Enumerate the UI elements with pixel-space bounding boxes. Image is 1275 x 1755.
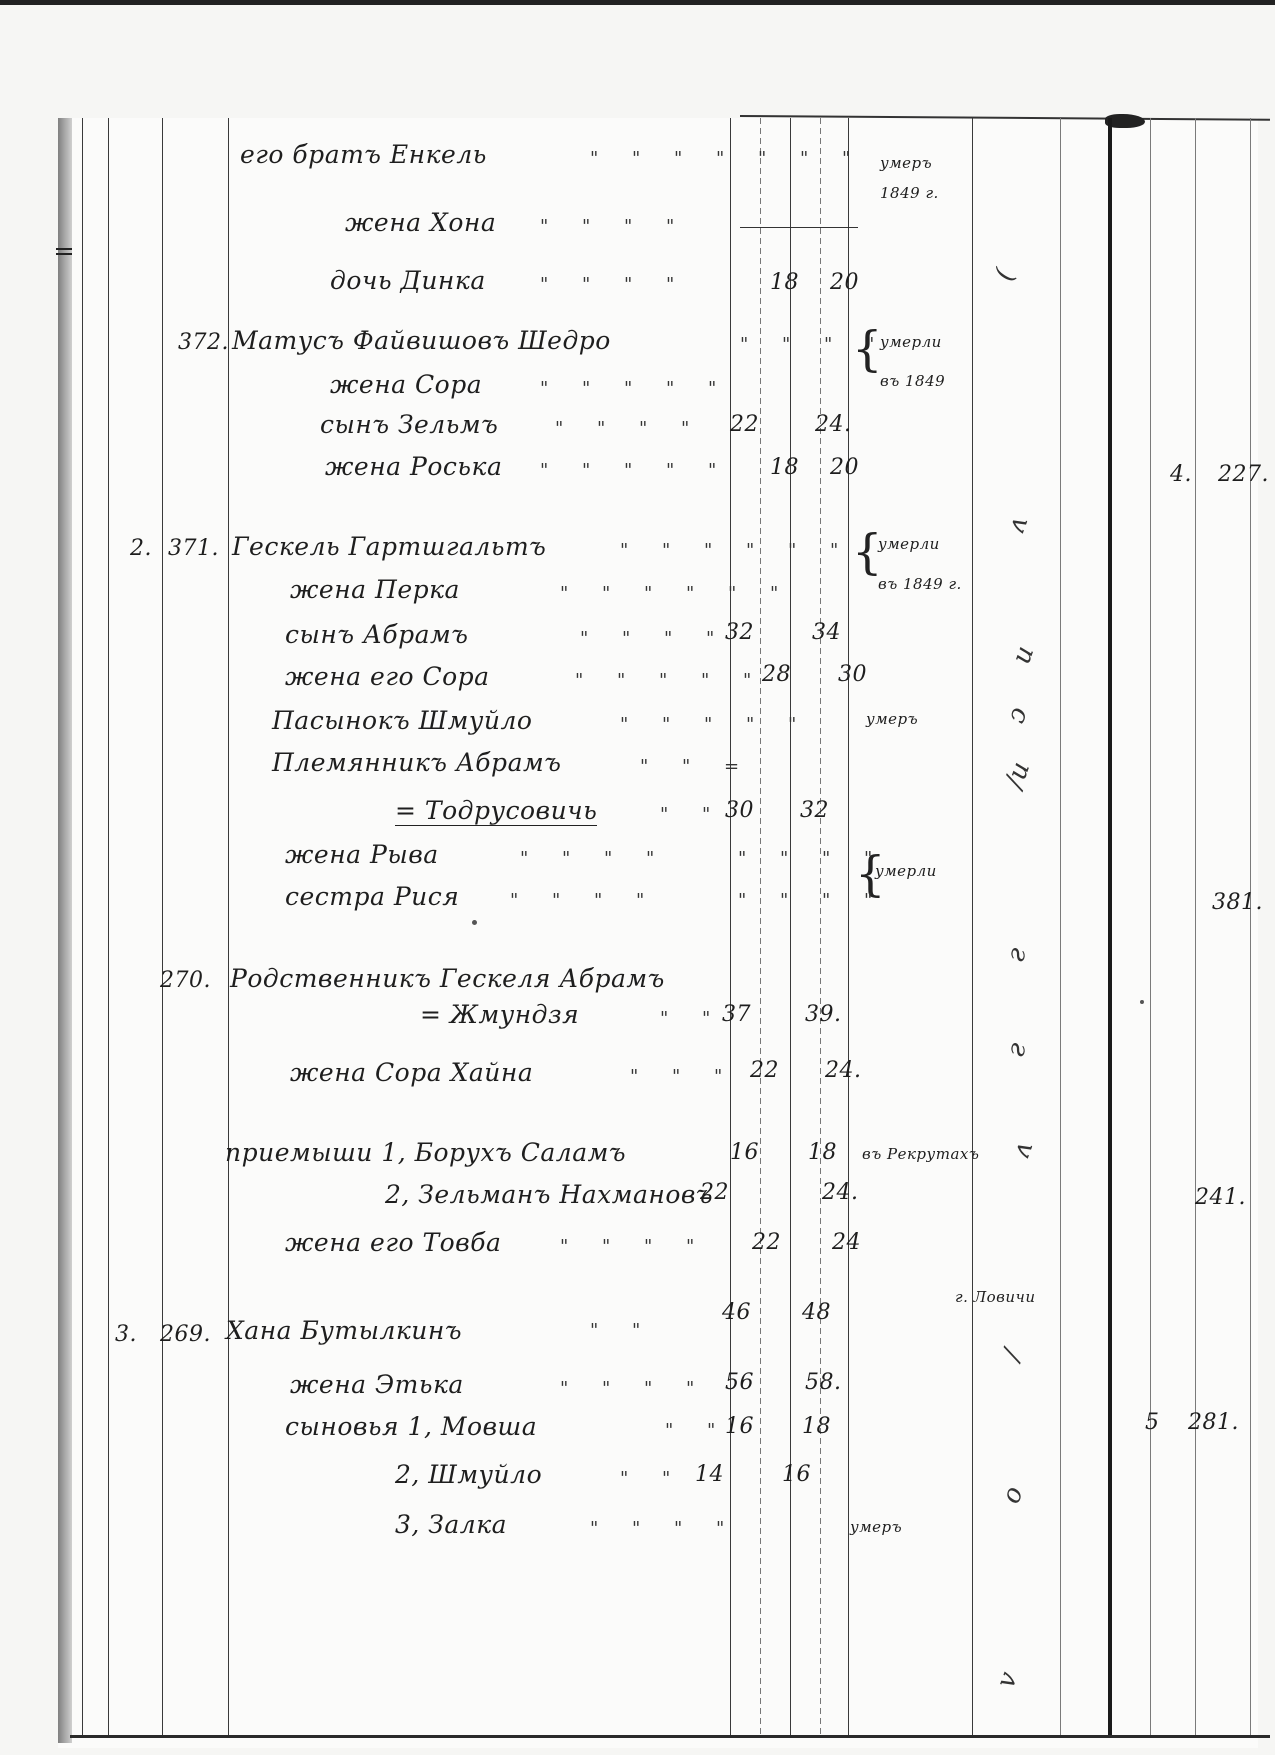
entry-name: Племянникъ Абрамъ bbox=[272, 748, 561, 777]
age-now: 18 bbox=[802, 1414, 831, 1439]
right-total: 281. bbox=[1188, 1410, 1239, 1435]
entry-name: жена Сора bbox=[330, 370, 482, 399]
right-count: 5 bbox=[1145, 1410, 1160, 1435]
entry-name: 2, Шмуйло bbox=[395, 1460, 542, 1489]
entry-name: жена Хона bbox=[345, 208, 496, 237]
entry-name: сестра Рися bbox=[285, 882, 459, 911]
ditto-marks: " " bbox=[665, 1420, 729, 1441]
right-total: 227. bbox=[1218, 462, 1269, 487]
column-rule bbox=[790, 118, 791, 1738]
age-prev: 22 bbox=[730, 412, 759, 437]
entry-note: умеръ bbox=[866, 710, 918, 728]
page-fold bbox=[1108, 118, 1112, 1738]
entry-name: жена Перка bbox=[290, 575, 460, 604]
age-now: 20 bbox=[830, 270, 859, 295]
age-now: 30 bbox=[838, 662, 867, 687]
age-prev: 28 bbox=[762, 662, 791, 687]
ledger-page bbox=[58, 118, 1258, 1748]
ditto-marks: " " bbox=[620, 1468, 684, 1489]
ditto-marks: " " " " " bbox=[575, 670, 765, 691]
house-number: 371. bbox=[168, 536, 219, 561]
column-rule bbox=[228, 118, 229, 1738]
ditto-marks: " " " " bbox=[590, 1518, 738, 1539]
entry-name: Пасынокъ Шмуйло bbox=[272, 706, 532, 735]
column-rule bbox=[1060, 118, 1061, 1738]
age-now: 24 bbox=[832, 1230, 861, 1255]
age-now: 39. bbox=[805, 1002, 842, 1027]
ditto-marks: " " " " bbox=[510, 890, 658, 911]
ditto-marks: " " " " " " bbox=[560, 583, 792, 604]
ink-speck bbox=[1140, 1000, 1144, 1004]
ditto-marks: " " " " " bbox=[540, 460, 730, 481]
right-total: 381. bbox=[1212, 890, 1263, 915]
ditto-marks: " " " " bbox=[540, 274, 688, 295]
ditto-marks: " " " " " " bbox=[620, 540, 852, 561]
entry-name: 2, Зельманъ Нахмановъ bbox=[385, 1180, 713, 1209]
entry-note: умеръ 1849 г. bbox=[880, 148, 970, 208]
entry-name: жена его Товба bbox=[285, 1228, 501, 1257]
house-number: 269. bbox=[160, 1322, 211, 1347]
ditto-marks: " " " " bbox=[560, 1236, 708, 1257]
entry-name: жена Этька bbox=[290, 1370, 464, 1399]
ditto-marks: " " bbox=[660, 804, 724, 825]
age-now: 34 bbox=[812, 620, 841, 645]
age-prev: 22 bbox=[750, 1058, 779, 1083]
entry-name: сынъ Абрамъ bbox=[285, 620, 468, 649]
age-now: 18 bbox=[808, 1140, 837, 1165]
entry-name: 3, Залка bbox=[395, 1510, 507, 1539]
entry-note: въ 1849 г. bbox=[878, 575, 962, 593]
age-prev: 18 bbox=[770, 455, 799, 480]
column-rule-dashed bbox=[820, 118, 821, 1738]
entry-name: Матусъ Файвишовъ Шедро bbox=[232, 326, 611, 355]
ditto-marks: " " " " bbox=[520, 848, 668, 869]
age-prev: 16 bbox=[725, 1414, 754, 1439]
column-rule bbox=[848, 118, 849, 1738]
entry-note: умерли bbox=[875, 862, 937, 880]
ditto-marks: " " " " " bbox=[540, 378, 730, 399]
grouping-brace: { bbox=[852, 325, 883, 373]
column-rule bbox=[1150, 118, 1151, 1738]
ditto-marks: " " bbox=[590, 1320, 654, 1341]
column-rule bbox=[162, 118, 163, 1738]
ink-speck bbox=[472, 920, 477, 925]
age-now: 20 bbox=[830, 455, 859, 480]
entry-name: жена его Сора bbox=[285, 662, 490, 691]
age-now: 16 bbox=[782, 1462, 811, 1487]
ditto-marks: " " " " bbox=[540, 216, 688, 237]
column-rule bbox=[82, 118, 83, 1738]
house-number: 270. bbox=[160, 968, 211, 993]
column-rule bbox=[108, 118, 109, 1738]
entry-name: его братъ Енкель bbox=[240, 140, 487, 169]
entry-note: въ Рекрутахъ bbox=[862, 1145, 979, 1163]
age-prev: 22 bbox=[700, 1180, 729, 1205]
binding-mark bbox=[56, 248, 72, 250]
family-number: 3. bbox=[115, 1322, 137, 1347]
entry-name: сынъ Зельмъ bbox=[320, 410, 498, 439]
entry-name: сыновья 1, Мовша bbox=[285, 1412, 537, 1441]
entry-name: дочь Динка bbox=[330, 266, 486, 295]
family-number: 2. bbox=[130, 536, 152, 561]
entry-note: г. Ловичи bbox=[955, 1288, 1036, 1306]
entry-name: = Тодрусовичь bbox=[395, 796, 597, 825]
entry-note: умеръ bbox=[850, 1518, 902, 1536]
page-binding-edge bbox=[58, 118, 72, 1743]
entry-note: умерли bbox=[880, 333, 942, 351]
age-subtotal-rule bbox=[740, 227, 858, 228]
entry-name: жена Рыва bbox=[285, 840, 439, 869]
age-prev: 16 bbox=[730, 1140, 759, 1165]
right-total: 241. bbox=[1195, 1185, 1246, 1210]
age-prev: 46 bbox=[722, 1300, 751, 1325]
ditto-marks: " " = bbox=[640, 756, 753, 777]
age-now: 32 bbox=[800, 798, 829, 823]
entry-name: жена Сора Хайна bbox=[290, 1058, 533, 1087]
column-rule bbox=[1250, 118, 1251, 1738]
age-prev: 56 bbox=[725, 1370, 754, 1395]
page-bottom-edge bbox=[70, 1735, 1270, 1738]
right-count: 4. bbox=[1170, 462, 1192, 487]
ditto-marks: " " " " " " " bbox=[590, 148, 864, 169]
entry-name: Родственникъ Гескеля Абрамъ bbox=[230, 964, 665, 993]
entry-note: умерли bbox=[878, 535, 940, 553]
age-prev: 32 bbox=[725, 620, 754, 645]
ditto-marks: " " " bbox=[630, 1066, 736, 1087]
age-prev: 22 bbox=[752, 1230, 781, 1255]
house-number: 372. bbox=[178, 330, 229, 355]
ditto-marks: " " " " bbox=[555, 418, 703, 439]
ditto-marks: " " " " " bbox=[620, 714, 810, 735]
age-now: 24. bbox=[822, 1180, 859, 1205]
ditto-marks: " " " " bbox=[580, 628, 728, 649]
ditto-marks: " " bbox=[660, 1008, 724, 1029]
column-rule bbox=[1195, 118, 1196, 1738]
age-prev: 14 bbox=[695, 1462, 724, 1487]
entry-name: Хана Бутылкинъ bbox=[226, 1316, 462, 1345]
ditto-marks: " " " " bbox=[560, 1378, 708, 1399]
column-rule bbox=[972, 118, 973, 1738]
age-prev: 18 bbox=[770, 270, 799, 295]
age-prev: 37 bbox=[722, 1002, 751, 1027]
scan-top-border bbox=[0, 0, 1275, 5]
age-now: 48 bbox=[802, 1300, 831, 1325]
entry-name: жена Роська bbox=[325, 452, 502, 481]
entry-note: въ 1849 bbox=[880, 372, 945, 390]
age-now: 58. bbox=[805, 1370, 842, 1395]
column-rule-dashed bbox=[760, 118, 761, 1738]
ditto-marks: " " " " bbox=[738, 890, 886, 911]
age-now: 24. bbox=[815, 412, 852, 437]
entry-name: приемыши 1, Борухъ Саламъ bbox=[225, 1138, 626, 1167]
age-now: 24. bbox=[825, 1058, 862, 1083]
entry-name: Гескель Гартшгальтъ bbox=[232, 532, 546, 561]
age-prev: 30 bbox=[725, 798, 754, 823]
entry-name: = Жмундзя bbox=[420, 1000, 579, 1029]
column-rule bbox=[730, 118, 731, 1738]
